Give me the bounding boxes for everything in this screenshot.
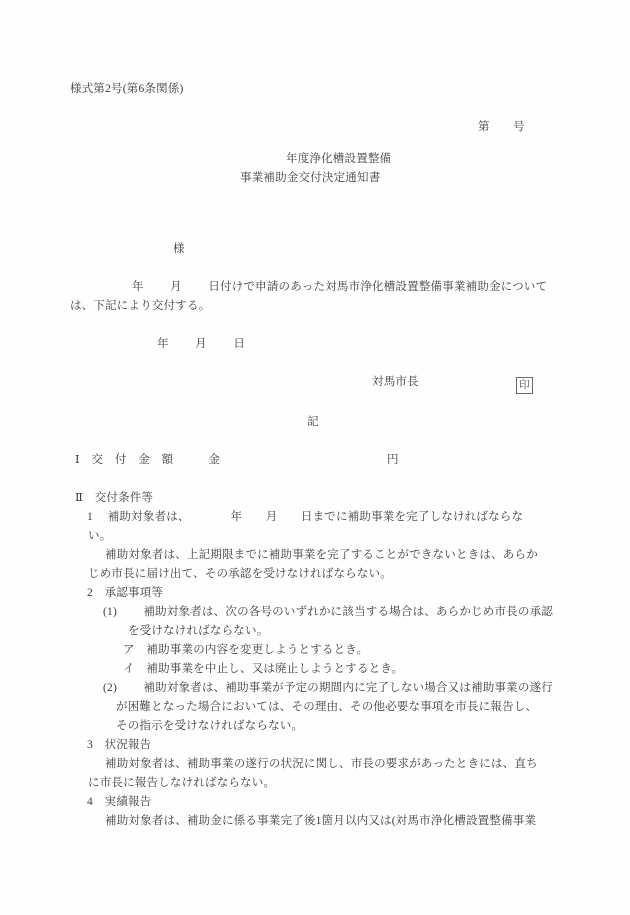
doc-line: ア 補助事業の内容を変更しようとするとき。 xyxy=(70,641,585,660)
doc-line: が困難となった場合においては、その理由、その他必要な事項を市長に報告し、 xyxy=(70,698,585,717)
section-marker-ki: 記 xyxy=(70,413,585,432)
doc-line: 補助対象者は、補助事業の遂行の状況に関し、市長の要求があったときには、直ち xyxy=(70,755,585,774)
intro-paragraph-line1: 年 月 日付けで申請のあった対馬市浄化槽設置整備事業補助金について xyxy=(70,278,585,297)
document-title-line2: 事業補助金交付決定通知書 xyxy=(70,169,585,188)
mayor-title-label: 対馬市長 xyxy=(372,376,419,388)
scanned-document-page: 様式第2号(第6条関係) 第 号 年度浄化槽設置整備 事業補助金交付決定通知書 … xyxy=(0,0,630,915)
doc-line: 補助対象者は、上記期限までに補助事業を完了することができないときは、あらか xyxy=(70,546,585,565)
doc-line: イ 補助事業を中止し、又は廃止しようとするとき。 xyxy=(70,660,585,679)
doc-line: 3 状況報告 xyxy=(70,736,585,755)
doc-line: に市長に報告しなければならない。 xyxy=(70,774,585,793)
mayor-signature-line: 対馬市長印 xyxy=(70,373,585,394)
document-number: 第 号 xyxy=(70,118,585,137)
doc-line: 2 承認事項等 xyxy=(70,584,585,603)
doc-line: 1 補助対象者は、 年 月 日までに補助事業を完了しなければならな xyxy=(70,508,585,527)
grant-amount-line: Ⅰ 交 付 金 額 金 円 xyxy=(70,451,585,470)
doc-line: 4 実績報告 xyxy=(70,793,585,812)
intro-paragraph-line2: は、下記により交付する。 xyxy=(70,297,585,316)
doc-line: を受けなければならない。 xyxy=(70,622,585,641)
doc-line: その指示を受けなければならない。 xyxy=(70,717,585,736)
doc-line: (2) 補助対象者は、補助事業が予定の期間内に完了しない場合又は補助事業の遂行 xyxy=(70,679,585,698)
doc-line: (1) 補助対象者は、次の各号のいずれかに該当する場合は、あらかじめ市長の承認 xyxy=(70,603,585,622)
doc-line: い。 xyxy=(70,527,585,546)
form-number-label: 様式第2号(第6条関係) xyxy=(70,80,585,99)
document-title-line1: 年度浄化槽設置整備 xyxy=(70,150,585,169)
doc-line: じめ市長に届け出て、その承認を受けなければならない。 xyxy=(70,565,585,584)
grant-conditions-heading: Ⅱ 交付条件等 xyxy=(70,489,585,508)
addressee-line: 様 xyxy=(70,240,585,259)
official-seal: 印 xyxy=(516,377,533,394)
doc-line: 補助対象者は、補助金に係る事業完了後1箇月以内又は(対馬市浄化槽設置整備事業 xyxy=(70,812,585,831)
issue-date-line: 年 月 日 xyxy=(70,335,585,354)
